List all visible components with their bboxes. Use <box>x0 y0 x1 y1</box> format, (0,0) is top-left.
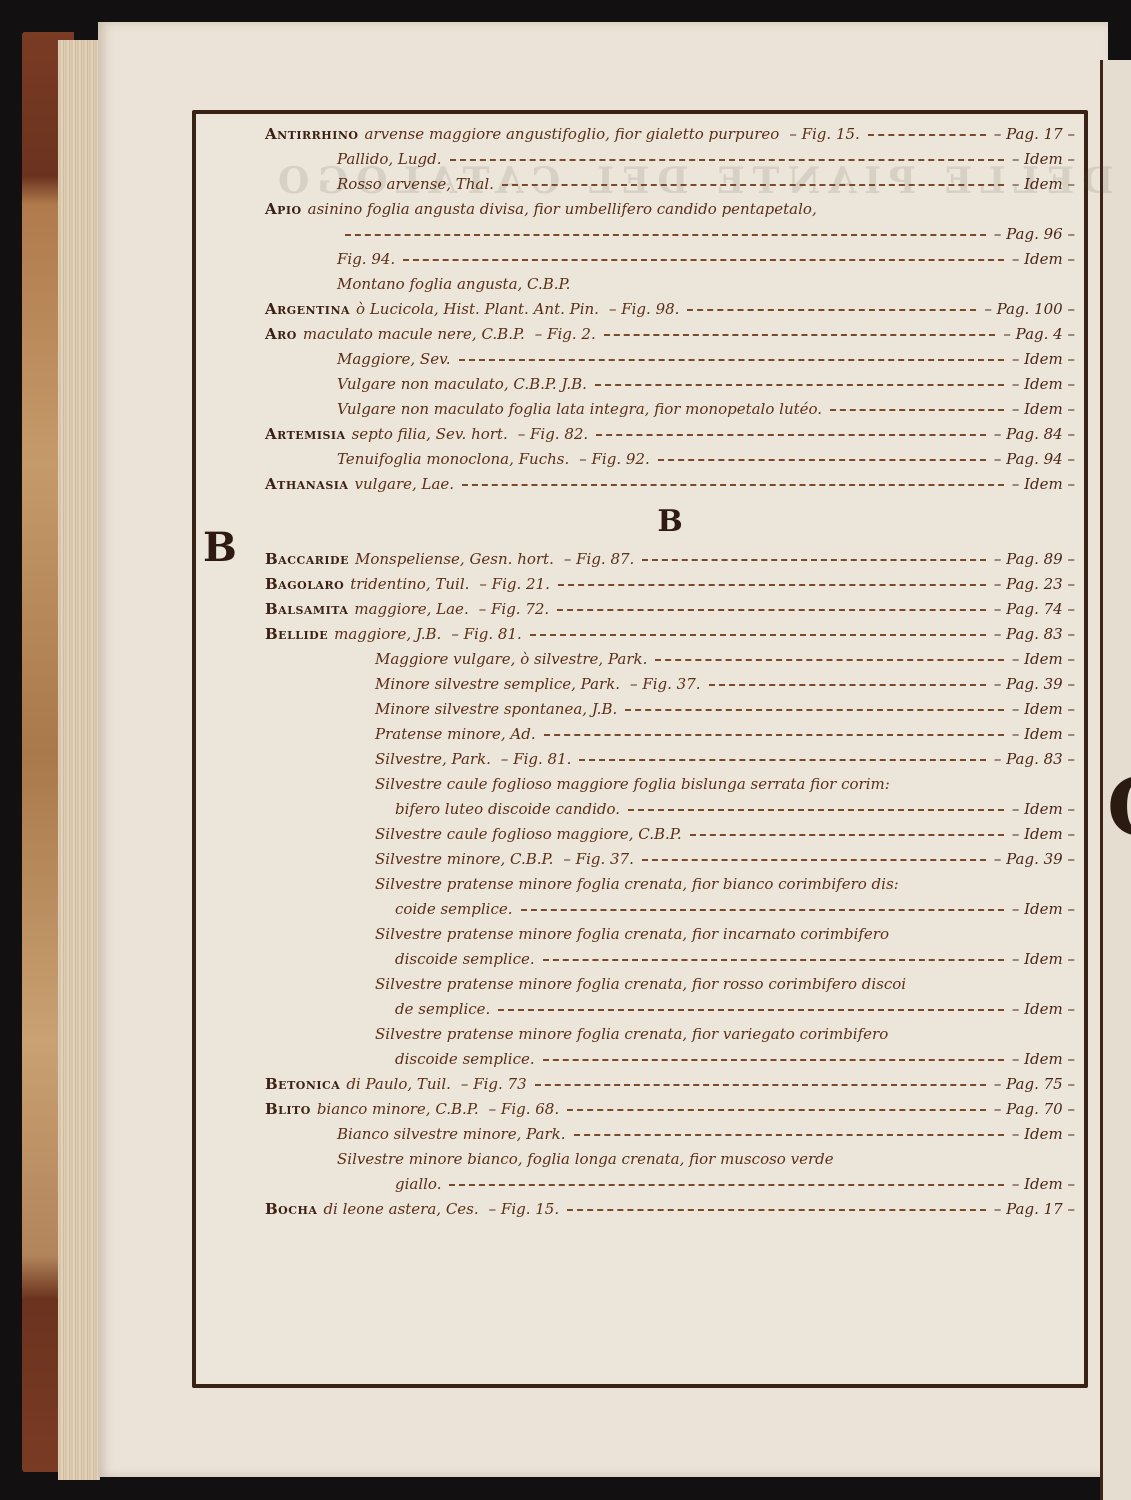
entry-page-ref: – Pag. 74 – <box>994 597 1075 622</box>
entry-text: Betonicadi Paulo, Tuil.– Fig. 73 <box>265 1072 527 1097</box>
entry-page-ref: – Idem – <box>1012 822 1075 847</box>
index-entry: Silvestre pratense minore foglia crenata… <box>265 972 1075 997</box>
entry-page-ref: – Idem – <box>1012 722 1075 747</box>
entry-text: Aromaculato macule nere, C.B.P.– Fig. 2. <box>265 322 596 347</box>
entry-description: Pallido, Lugd. <box>337 150 442 168</box>
leader-dashes <box>403 259 1004 261</box>
entry-figure-ref: – Fig. 68. <box>489 1100 559 1118</box>
entry-description: di leone astera, Ces. <box>323 1200 478 1218</box>
entry-figure-ref: – Fig. 92. <box>579 450 649 468</box>
leader-dashes <box>530 634 986 636</box>
entry-description: coide semplice. <box>395 900 513 918</box>
entry-text: Minore silvestre spontanea, J.B. <box>375 697 617 722</box>
entry-text: Vulgare non maculato, C.B.P. J.B. <box>337 372 587 397</box>
entry-description: di Paulo, Tuil. <box>346 1075 451 1093</box>
entry-description: Maggiore, Sev. <box>337 350 451 368</box>
entry-text: Athanasiavulgare, Lae. <box>265 472 454 497</box>
index-entry: de semplice.– Idem – <box>265 997 1075 1022</box>
index-entry: Bagolarotridentino, Tuil.– Fig. 21.– Pag… <box>265 572 1075 597</box>
entry-text: Bellidemaggiore, J.B.– Fig. 81. <box>265 622 522 647</box>
leader-dashes <box>557 609 986 611</box>
leader-dashes <box>567 1109 986 1111</box>
entry-text: Montano foglia angusta, C.B.P. <box>337 272 570 297</box>
index-entry: Tenuifoglia monoclona, Fuchs.– Fig. 92.–… <box>265 447 1075 472</box>
entry-text: Tenuifoglia monoclona, Fuchs.– Fig. 92. <box>337 447 650 472</box>
entry-description: vulgare, Lae. <box>354 475 454 493</box>
entry-text: coide semplice. <box>395 897 513 922</box>
entry-description: Tenuifoglia monoclona, Fuchs. <box>337 450 569 468</box>
entry-page-ref: – Idem – <box>1012 172 1075 197</box>
entry-headword: Apio <box>265 200 302 218</box>
entry-figure-ref: – Fig. 15. <box>489 1200 559 1218</box>
entry-description: ò Lucicola, Hist. Plant. Ant. Pin. <box>356 300 599 318</box>
entry-description: bianco minore, C.B.P. <box>317 1100 479 1118</box>
entry-page-ref: – Idem – <box>1012 697 1075 722</box>
entry-headword: Bellide <box>265 625 328 643</box>
entry-text: Silvestre, Park.– Fig. 81. <box>375 747 571 772</box>
index-entry: Silvestre pratense minore foglia crenata… <box>265 922 1075 947</box>
leader-dashes <box>543 959 1004 961</box>
entry-text: giallo. <box>395 1172 441 1197</box>
leader-dashes <box>567 1209 986 1211</box>
index-entry: Pallido, Lugd.– Idem – <box>265 147 1075 172</box>
entry-figure-ref: – Fig. 81. <box>451 625 521 643</box>
entry-description: discoide semplice. <box>395 1050 535 1068</box>
entry-headword: Blito <box>265 1100 311 1118</box>
index-entry: Silvestre caule foglioso maggiore, C.B.P… <box>265 822 1075 847</box>
leader-dashes <box>345 234 986 236</box>
leader-dashes <box>628 809 1004 811</box>
entry-description: maggiore, Lae. <box>354 600 468 618</box>
entry-text: Silvestre minore bianco, foglia longa cr… <box>337 1147 834 1172</box>
index-entry: bifero luteo discoide candido.– Idem – <box>265 797 1075 822</box>
entry-page-ref: – Pag. 4 – <box>1003 322 1075 347</box>
leader-dashes <box>658 459 986 461</box>
page-edges <box>58 40 100 1480</box>
entry-figure-ref: – Fig. 81. <box>501 750 571 768</box>
entry-headword: Bagolaro <box>265 575 344 593</box>
index-entry: Apioasinino foglia angusta divisa, fior … <box>265 197 1075 222</box>
leader-dashes <box>687 309 976 311</box>
index-entry: Silvestre, Park.– Fig. 81.– Pag. 83 – <box>265 747 1075 772</box>
index-entry: Minore silvestre semplice, Park.– Fig. 3… <box>265 672 1075 697</box>
entry-page-ref: – Pag. 17 – <box>994 122 1075 147</box>
entry-text: Maggiore, Sev. <box>337 347 451 372</box>
entry-text: Silvestre pratense minore foglia crenata… <box>375 1022 888 1047</box>
entry-text: Vulgare non maculato foglia lata integra… <box>337 397 822 422</box>
index-entry: Silvestre pratense minore foglia crenata… <box>265 872 1075 897</box>
entry-description: maculato macule nere, C.B.P. <box>303 325 525 343</box>
entry-description: arvense maggiore angustifoglio, fior gia… <box>364 125 779 143</box>
entry-page-ref: – Idem – <box>1012 372 1075 397</box>
index-entry: Vulgare non maculato foglia lata integra… <box>265 397 1075 422</box>
entry-description: Silvestre pratense minore foglia crenata… <box>375 975 906 993</box>
entry-page-ref: – Pag. 83 – <box>994 747 1075 772</box>
index-entry: Silvestre minore bianco, foglia longa cr… <box>265 1147 1075 1172</box>
index-entry: Betonicadi Paulo, Tuil.– Fig. 73– Pag. 7… <box>265 1072 1075 1097</box>
leader-dashes <box>579 759 986 761</box>
entry-headword: Baccaride <box>265 550 349 568</box>
index-entry: Antirrhinoarvense maggiore angustifoglio… <box>265 122 1075 147</box>
entry-text: Silvestre pratense minore foglia crenata… <box>375 922 889 947</box>
index-entry: Pratense minore, Ad.– Idem – <box>265 722 1075 747</box>
entry-description: Silvestre pratense minore foglia crenata… <box>375 875 899 893</box>
entry-page-ref: – Pag. 17 – <box>994 1197 1075 1222</box>
leader-dashes <box>709 684 986 686</box>
index-entry: Athanasiavulgare, Lae.– Idem – <box>265 472 1075 497</box>
entry-page-ref: – Pag. 96 – <box>994 222 1075 247</box>
entry-description: giallo. <box>395 1175 441 1193</box>
entry-text: discoide semplice. <box>395 947 535 972</box>
entry-description: Silvestre caule foglioso maggiore, C.B.P… <box>375 825 682 843</box>
entry-text: Antirrhinoarvense maggiore angustifoglio… <box>265 122 860 147</box>
leader-dashes <box>449 1184 1004 1186</box>
index-entry: Maggiore, Sev.– Idem – <box>265 347 1075 372</box>
entry-page-ref: – Pag. 89 – <box>994 547 1075 572</box>
entry-description: maggiore, J.B. <box>334 625 441 643</box>
index-entry: Vulgare non maculato, C.B.P. J.B.– Idem … <box>265 372 1075 397</box>
entry-description: Vulgare non maculato, C.B.P. J.B. <box>337 375 587 393</box>
entry-description: tridentino, Tuil. <box>350 575 469 593</box>
leader-dashes <box>868 134 986 136</box>
entry-figure-ref: – Fig. 2. <box>535 325 596 343</box>
index-entries: Antirrhinoarvense maggiore angustifoglio… <box>265 122 1075 1222</box>
entry-description: Silvestre minore, C.B.P. <box>375 850 553 868</box>
entry-headword: Balsamita <box>265 600 348 618</box>
index-entry: Bianco silvestre minore, Park.– Idem – <box>265 1122 1075 1147</box>
entry-text: Rosso arvense, Thal. <box>337 172 494 197</box>
entry-text: Blitobianco minore, C.B.P.– Fig. 68. <box>265 1097 559 1122</box>
leader-dashes <box>596 434 986 436</box>
entry-text: Artemisiasepto filia, Sev. hort.– Fig. 8… <box>265 422 588 447</box>
index-entry: Artemisiasepto filia, Sev. hort.– Fig. 8… <box>265 422 1075 447</box>
index-entry: Bochadi leone astera, Ces.– Fig. 15.– Pa… <box>265 1197 1075 1222</box>
leader-dashes <box>544 734 1004 736</box>
entry-description: Montano foglia angusta, C.B.P. <box>337 275 570 293</box>
entry-page-ref: – Idem – <box>1012 472 1075 497</box>
leader-dashes <box>558 584 986 586</box>
leader-dashes <box>595 384 1004 386</box>
entry-description: Fig. 94. <box>337 250 395 268</box>
entry-text: Bagolarotridentino, Tuil.– Fig. 21. <box>265 572 550 597</box>
entry-figure-ref: – Fig. 37. <box>563 850 633 868</box>
leader-dashes <box>535 1084 986 1086</box>
entry-description: bifero luteo discoide candido. <box>395 800 620 818</box>
entry-description: Silvestre pratense minore foglia crenata… <box>375 1025 888 1043</box>
entry-text: Pallido, Lugd. <box>337 147 442 172</box>
entry-page-ref: – Pag. 39 – <box>994 847 1075 872</box>
entry-figure-ref: – Fig. 82. <box>518 425 588 443</box>
entry-headword: Artemisia <box>265 425 346 443</box>
entry-text: discoide semplice. <box>395 1047 535 1072</box>
section-letter-heading: B <box>265 497 1075 547</box>
index-entry: discoide semplice.– Idem – <box>265 1047 1075 1072</box>
index-entry: coide semplice.– Idem – <box>265 897 1075 922</box>
entry-description: Bianco silvestre minore, Park. <box>337 1125 566 1143</box>
index-entry: Montano foglia angusta, C.B.P. <box>265 272 1075 297</box>
entry-text: Bianco silvestre minore, Park. <box>337 1122 566 1147</box>
index-entry: Blitobianco minore, C.B.P.– Fig. 68.– Pa… <box>265 1097 1075 1122</box>
leader-dashes <box>642 559 986 561</box>
index-entry: Minore silvestre spontanea, J.B.– Idem – <box>265 697 1075 722</box>
entry-headword: Aro <box>265 325 297 343</box>
entry-description: Rosso arvense, Thal. <box>337 175 494 193</box>
entry-figure-ref: – Fig. 37. <box>630 675 700 693</box>
entry-text: Silvestre caule foglioso maggiore, C.B.P… <box>375 822 682 847</box>
entry-text: Silvestre caule foglioso maggiore foglia… <box>375 772 890 797</box>
index-entry: discoide semplice.– Idem – <box>265 947 1075 972</box>
entry-description: septo filia, Sev. hort. <box>352 425 508 443</box>
index-entry: Aromaculato macule nere, C.B.P.– Fig. 2.… <box>265 322 1075 347</box>
leader-dashes <box>521 909 1004 911</box>
entry-figure-ref: – Fig. 15. <box>789 125 859 143</box>
index-entry: BBaccarideMonspeliense, Gesn. hort.– Fig… <box>265 547 1075 572</box>
entry-page-ref: – Pag. 94 – <box>994 447 1075 472</box>
entry-description: Monspeliense, Gesn. hort. <box>355 550 554 568</box>
entry-page-ref: – Pag. 39 – <box>994 672 1075 697</box>
index-entry: Bellidemaggiore, J.B.– Fig. 81.– Pag. 83… <box>265 622 1075 647</box>
entry-text: bifero luteo discoide candido. <box>395 797 620 822</box>
entry-figure-ref: – Fig. 98. <box>609 300 679 318</box>
index-entry: Silvestre pratense minore foglia crenata… <box>265 1022 1075 1047</box>
index-entry: Silvestre minore, C.B.P.– Fig. 37.– Pag.… <box>265 847 1075 872</box>
leader-dashes <box>625 709 1004 711</box>
entry-figure-ref: – Fig. 87. <box>564 550 634 568</box>
entry-text: Pratense minore, Ad. <box>375 722 536 747</box>
index-entry: Fig. 94.– Idem – <box>265 247 1075 272</box>
entry-figure-ref: – Fig. 72. <box>479 600 549 618</box>
entry-description: de semplice. <box>395 1000 490 1018</box>
index-entry: – Pag. 96 – <box>265 222 1075 247</box>
entry-page-ref: – Idem – <box>1012 397 1075 422</box>
leader-dashes <box>642 859 986 861</box>
index-entry: Argentinaò Lucicola, Hist. Plant. Ant. P… <box>265 297 1075 322</box>
entry-description: Minore silvestre semplice, Park. <box>375 675 620 693</box>
entry-description: Silvestre caule foglioso maggiore foglia… <box>375 775 890 793</box>
leader-dashes <box>690 834 1004 836</box>
entry-text: Maggiore vulgare, ò silvestre, Park. <box>375 647 647 672</box>
leader-dashes <box>604 334 995 336</box>
entry-page-ref: – Idem – <box>1012 1122 1075 1147</box>
entry-description: Maggiore vulgare, ò silvestre, Park. <box>375 650 647 668</box>
entry-page-ref: – Idem – <box>1012 797 1075 822</box>
entry-text: Silvestre minore, C.B.P.– Fig. 37. <box>375 847 634 872</box>
entry-description: asinino foglia angusta divisa, fior umbe… <box>308 200 817 218</box>
entry-description: Vulgare non maculato foglia lata integra… <box>337 400 822 418</box>
entry-description: Pratense minore, Ad. <box>375 725 536 743</box>
leader-dashes <box>459 359 1004 361</box>
leader-dashes <box>498 1009 1004 1011</box>
entry-headword: Antirrhino <box>265 125 358 143</box>
decorated-initial: B <box>203 535 237 560</box>
entry-page-ref: – Pag. 100 – <box>984 297 1075 322</box>
entry-page-ref: – Pag. 75 – <box>994 1072 1075 1097</box>
entry-page-ref: – Pag. 23 – <box>994 572 1075 597</box>
entry-figure-ref: – Fig. 73 <box>461 1075 527 1093</box>
index-entry: Rosso arvense, Thal.– Idem – <box>265 172 1075 197</box>
entry-page-ref: – Idem – <box>1012 647 1075 672</box>
entry-headword: Bocha <box>265 1200 317 1218</box>
entry-headword: Betonica <box>265 1075 340 1093</box>
entry-page-ref: – Idem – <box>1012 997 1075 1022</box>
leader-dashes <box>574 1134 1004 1136</box>
entry-headword: Athanasia <box>265 475 348 493</box>
entry-page-ref: – Idem – <box>1012 1172 1075 1197</box>
entry-page-ref: – Pag. 70 – <box>994 1097 1075 1122</box>
facing-page: C <box>1100 60 1131 1500</box>
entry-page-ref: – Idem – <box>1012 147 1075 172</box>
entry-text: Silvestre pratense minore foglia crenata… <box>375 872 899 897</box>
facing-page-letter: C <box>1107 760 1131 854</box>
entry-description: Silvestre minore bianco, foglia longa cr… <box>337 1150 834 1168</box>
entry-page-ref: – Pag. 83 – <box>994 622 1075 647</box>
entry-headword: Argentina <box>265 300 350 318</box>
index-entry: Maggiore vulgare, ò silvestre, Park.– Id… <box>265 647 1075 672</box>
entry-text: Minore silvestre semplice, Park.– Fig. 3… <box>375 672 701 697</box>
index-entry: Silvestre caule foglioso maggiore foglia… <box>265 772 1075 797</box>
leader-dashes <box>462 484 1004 486</box>
entry-text: BaccarideMonspeliense, Gesn. hort.– Fig.… <box>265 547 634 572</box>
entry-description: Minore silvestre spontanea, J.B. <box>375 700 617 718</box>
leader-dashes <box>502 184 1004 186</box>
entry-text: Argentinaò Lucicola, Hist. Plant. Ant. P… <box>265 297 679 322</box>
leader-dashes <box>450 159 1004 161</box>
leader-dashes <box>830 409 1004 411</box>
leader-dashes <box>655 659 1004 661</box>
entry-text: Bochadi leone astera, Ces.– Fig. 15. <box>265 1197 559 1222</box>
entry-page-ref: – Idem – <box>1012 247 1075 272</box>
entry-description: Silvestre, Park. <box>375 750 491 768</box>
entry-page-ref: – Idem – <box>1012 947 1075 972</box>
leader-dashes <box>543 1059 1004 1061</box>
entry-page-ref: – Idem – <box>1012 897 1075 922</box>
entry-description: discoide semplice. <box>395 950 535 968</box>
index-entry: giallo.– Idem – <box>265 1172 1075 1197</box>
entry-page-ref: – Idem – <box>1012 347 1075 372</box>
entry-description: Silvestre pratense minore foglia crenata… <box>375 925 889 943</box>
entry-text: Balsamitamaggiore, Lae.– Fig. 72. <box>265 597 549 622</box>
entry-page-ref: – Pag. 84 – <box>994 422 1075 447</box>
entry-figure-ref: – Fig. 21. <box>479 575 549 593</box>
entry-text: Fig. 94. <box>337 247 395 272</box>
entry-text: Silvestre pratense minore foglia crenata… <box>375 972 906 997</box>
entry-text: de semplice. <box>395 997 490 1022</box>
index-entry: Balsamitamaggiore, Lae.– Fig. 72.– Pag. … <box>265 597 1075 622</box>
entry-page-ref: – Idem – <box>1012 1047 1075 1072</box>
entry-text: Apioasinino foglia angusta divisa, fior … <box>265 197 817 222</box>
